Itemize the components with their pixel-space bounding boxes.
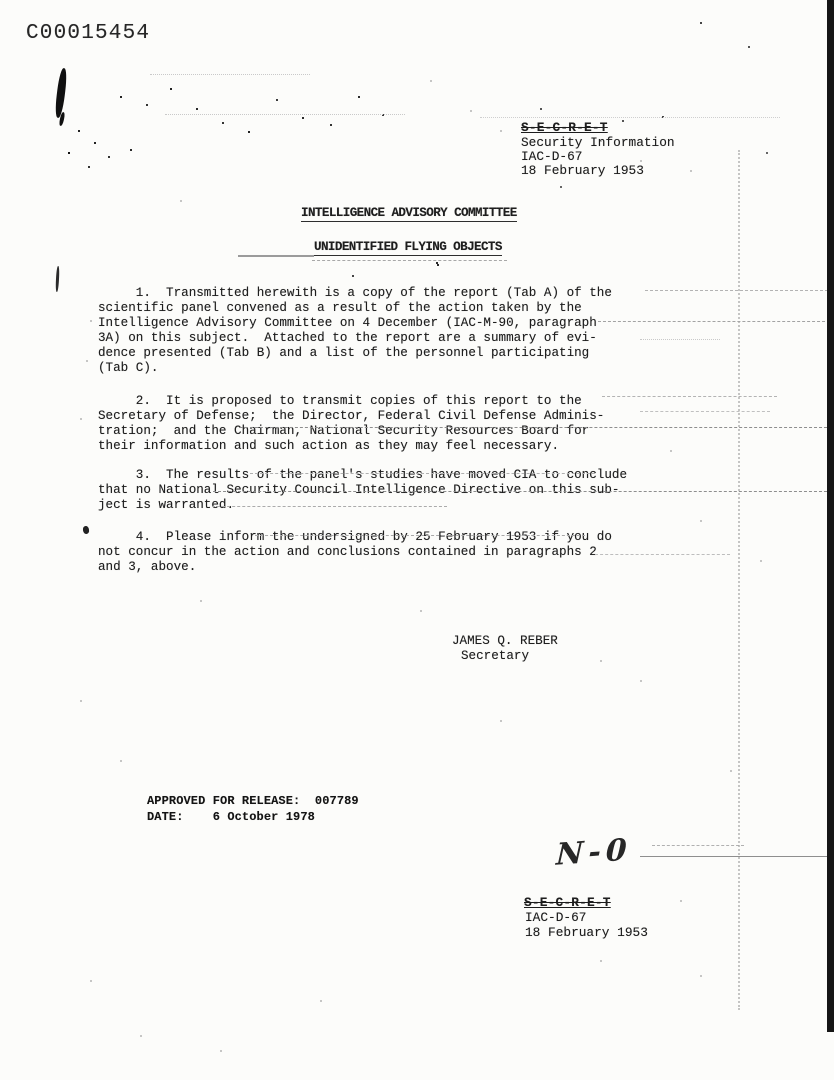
scan-line-artifact [480, 117, 780, 118]
scan-line-artifact [240, 427, 832, 428]
scan-line-artifact [212, 506, 447, 507]
scan-line-artifact [165, 114, 405, 115]
ink-blot-artifact [54, 68, 68, 119]
scan-line-artifact [150, 74, 310, 75]
margin-mark-artifact [82, 526, 89, 535]
classification-stamp-bottom: S-E-C-R-E-T [524, 896, 611, 911]
scan-line-artifact [595, 554, 730, 555]
classification-stamp-top: S-E-C-R-E-T [521, 121, 608, 136]
scan-line-artifact [255, 535, 585, 536]
scan-line-artifact [640, 339, 720, 340]
paragraph-1: 1. Transmitted herewith is a copy of the… [98, 286, 612, 376]
scan-line-artifact [652, 845, 744, 846]
document-scan-id: C00015454 [26, 22, 150, 45]
committee-title: INTELLIGENCE ADVISORY COMMITTEE [301, 206, 517, 222]
scan-line-artifact [238, 255, 314, 257]
vertical-fold-line [738, 150, 740, 1010]
release-date-line: DATE: 6 October 1978 [147, 809, 315, 825]
scan-line-artifact [598, 321, 830, 322]
scan-line-artifact [250, 473, 595, 474]
signatory-title: Secretary [461, 649, 529, 664]
scan-line-artifact [312, 260, 507, 261]
paragraph-4: 4. Please inform the undersigned by 25 F… [98, 530, 612, 575]
release-approved-line: APPROVED FOR RELEASE: 007789 [147, 793, 359, 809]
scan-line-artifact [640, 411, 770, 412]
scan-line-artifact [645, 290, 828, 291]
paragraph-2: 2. It is proposed to transmit copies of … [98, 394, 604, 454]
margin-tick-artifact [55, 266, 59, 292]
scanned-document-page: C00015454 S-E-C-R-E-T Security Informati… [0, 0, 834, 1080]
handwritten-routing-mark: N-0 [555, 832, 632, 872]
doc-date-bottom: 18 February 1953 [525, 926, 648, 941]
doc-date-top: 18 February 1953 [521, 164, 644, 179]
subject-title: UNIDENTIFIED FLYING OBJECTS [314, 240, 502, 256]
scan-speckle-layer-light [0, 0, 2, 2]
routing-mark-line [640, 856, 832, 857]
doc-number-bottom: IAC-D-67 [525, 911, 586, 926]
scan-line-artifact [602, 396, 777, 397]
scan-edge-band [827, 0, 834, 1032]
signatory-name: JAMES Q. REBER [452, 634, 558, 649]
